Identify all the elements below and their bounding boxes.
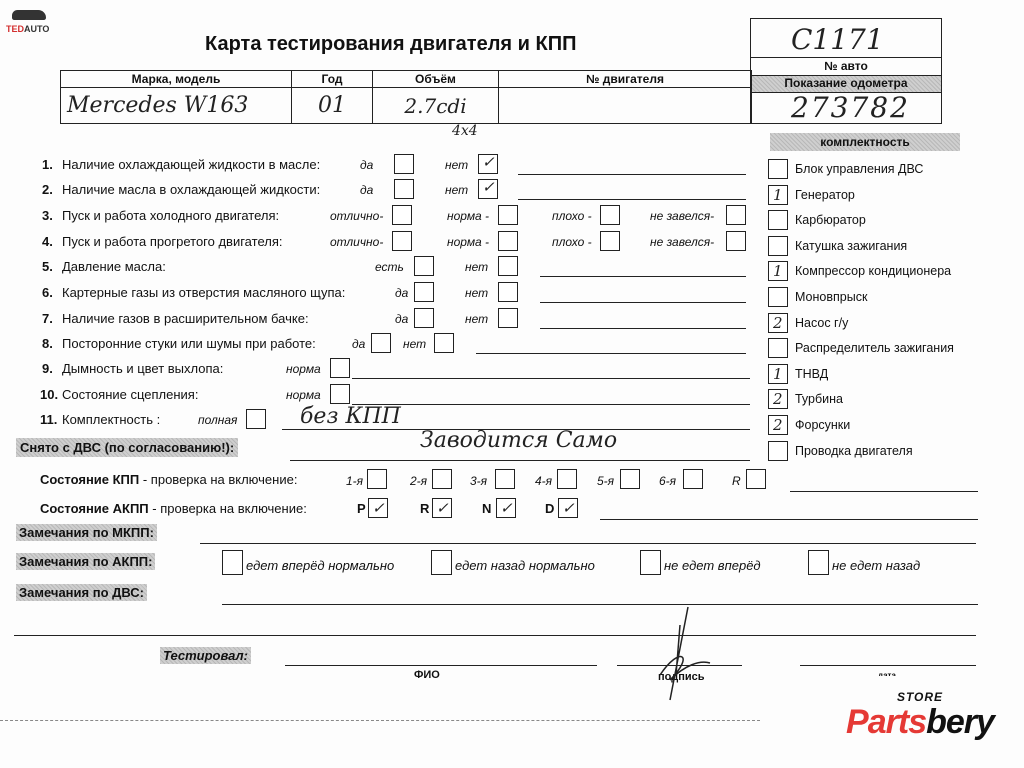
auto-number-label: № авто xyxy=(751,57,941,73)
checkbox[interactable] xyxy=(434,333,454,353)
completeness-checkbox[interactable] xyxy=(768,236,788,256)
notes-line[interactable] xyxy=(518,199,746,200)
check-mark: 2 xyxy=(773,392,783,406)
gear-checkbox[interactable] xyxy=(495,469,515,489)
checkbox[interactable] xyxy=(392,231,412,251)
check-mark: ✓ xyxy=(482,155,495,169)
question-text: Давление масла: xyxy=(62,259,166,274)
question-text: Наличие охлаждающей жидкости в масле: xyxy=(62,157,320,172)
option-label: да xyxy=(395,312,408,326)
option-label: да xyxy=(360,158,373,172)
question-text: Картерные газы из отверстия масляного щу… xyxy=(62,285,345,300)
question-number: 10. xyxy=(40,387,58,402)
option-label: отлично- xyxy=(330,209,383,223)
gear-label: 1-я xyxy=(346,474,363,488)
completeness-item: Турбина xyxy=(795,392,843,406)
removed-line xyxy=(290,460,750,461)
checkbox[interactable] xyxy=(498,231,518,251)
notes-line[interactable] xyxy=(540,328,746,329)
completeness-item: Компрессор кондиционера xyxy=(795,264,951,278)
manual-gearbox-label: Состояние КПП - проверка на включение: xyxy=(40,472,297,487)
logo-parts: Parts xyxy=(846,703,926,741)
logo-auto: AUTO xyxy=(24,24,49,34)
logo-bery: bery xyxy=(926,703,994,741)
completeness-item: Моновпрыск xyxy=(795,290,867,304)
remarks-akpp-label: Замечания по АКПП: xyxy=(16,553,155,570)
akpp-position-label: D xyxy=(545,501,554,516)
fio-line[interactable] xyxy=(285,665,597,666)
check-mark: ✓ xyxy=(500,501,513,515)
question-number: 2. xyxy=(42,182,53,197)
question-text: Пуск и работа прогретого двигателя: xyxy=(62,234,282,249)
completeness-item: Проводка двигателя xyxy=(795,444,913,458)
notes-line[interactable] xyxy=(476,353,746,354)
date-line[interactable] xyxy=(800,665,976,666)
removed-handwritten[interactable]: Заводится Само xyxy=(420,428,617,453)
auto-gearbox-desc: - проверка на включение: xyxy=(149,501,307,516)
remarks-dvs-label: Замечания по ДВС: xyxy=(16,584,147,601)
removed-label: Снято с ДВС (по согласованию!): xyxy=(16,438,238,457)
checkbox[interactable] xyxy=(246,409,266,429)
checkbox[interactable] xyxy=(330,358,350,378)
auto-gearbox-label: Состояние АКПП - проверка на включение: xyxy=(40,501,307,516)
completeness-item: Блок управления ДВС xyxy=(795,162,923,176)
checkbox[interactable] xyxy=(330,384,350,404)
option-label: норма xyxy=(286,388,321,402)
option-label: плохо - xyxy=(552,209,592,223)
akpp-remark-checkbox[interactable] xyxy=(808,550,829,575)
partsbery-logo: STORE Partsbery xyxy=(830,690,1010,740)
akpp-remark-label: едет назад нормально xyxy=(455,558,595,573)
value-make-model[interactable]: Mercedes W163 xyxy=(61,88,292,124)
notes-line[interactable] xyxy=(540,302,746,303)
question-number: 3. xyxy=(42,208,53,223)
check-mark: ✓ xyxy=(436,501,449,515)
notes-line[interactable] xyxy=(540,276,746,277)
signature-scribble xyxy=(640,605,720,705)
check-mark: 1 xyxy=(773,188,783,202)
question-text: Посторонние стуки или шумы при работе: xyxy=(62,336,316,351)
scan-divider xyxy=(0,720,760,721)
checkbox[interactable] xyxy=(600,205,620,225)
notes-line[interactable] xyxy=(518,174,746,175)
header-volume: Объём xyxy=(373,71,499,88)
akpp-remark-checkbox[interactable] xyxy=(640,550,661,575)
question-handwritten[interactable]: без КПП xyxy=(300,404,401,429)
option-label: норма - xyxy=(447,209,489,223)
checkbox[interactable] xyxy=(600,231,620,251)
checkbox[interactable] xyxy=(726,205,746,225)
checkbox[interactable] xyxy=(394,179,414,199)
page-title: Карта тестирования двигателя и КПП xyxy=(205,33,576,56)
tedauto-logo: TEDAUTO xyxy=(6,10,56,34)
check-mark: ✓ xyxy=(482,180,495,194)
option-label: полная xyxy=(198,413,237,427)
question-text: Дымность и цвет выхлопа: xyxy=(62,361,223,376)
check-mark: 2 xyxy=(773,418,783,432)
question-text: Комплектность : xyxy=(62,412,160,427)
notes-line[interactable] xyxy=(352,404,750,405)
completeness-item: Карбюратор xyxy=(795,213,866,227)
completeness-checkbox[interactable] xyxy=(768,287,788,307)
gear-label: 3-я xyxy=(470,474,487,488)
remarks-dvs-line-1[interactable] xyxy=(222,604,978,605)
completeness-item: ТНВД xyxy=(795,367,828,381)
remarks-dvs-line-2[interactable] xyxy=(14,635,976,636)
check-mark: 1 xyxy=(773,264,783,278)
akpp-remark-label: едет вперёд нормально xyxy=(246,558,394,573)
completeness-item: Насос г/у xyxy=(795,316,848,330)
remarks-mkpp-label: Замечания по МКПП: xyxy=(16,524,157,541)
header-year: Год xyxy=(292,71,373,88)
option-label: да xyxy=(352,337,365,351)
date-label: дата xyxy=(878,671,896,676)
akpp-position-label: P xyxy=(357,501,366,516)
checkbox[interactable] xyxy=(414,282,434,302)
completeness-item: Катушка зажигания xyxy=(795,239,907,253)
completeness-checkbox[interactable] xyxy=(768,338,788,358)
gear-checkbox[interactable] xyxy=(432,469,452,489)
akpp-remark-label: не едет вперёд xyxy=(664,558,761,573)
remarks-mkpp-line[interactable] xyxy=(200,543,976,544)
option-label: не завелся- xyxy=(650,209,714,223)
completeness-header: комплектность xyxy=(770,133,960,151)
tested-label: Тестировал: xyxy=(160,647,251,664)
option-label: нет xyxy=(465,312,488,326)
option-label: нет xyxy=(445,183,468,197)
checkbox[interactable] xyxy=(371,333,391,353)
drive-note: 4x4 xyxy=(452,123,478,139)
gear-label: 4-я xyxy=(535,474,552,488)
value-engine-no[interactable] xyxy=(499,88,752,124)
check-mark: 2 xyxy=(773,316,783,330)
check-mark: ✓ xyxy=(372,501,385,515)
checkbox[interactable] xyxy=(498,205,518,225)
question-number: 11. xyxy=(40,412,57,427)
logo-store: STORE xyxy=(830,690,1010,704)
akpp-position-label: R xyxy=(420,501,429,516)
question-text: Состояние сцепления: xyxy=(62,387,198,402)
question-number: 9. xyxy=(42,361,53,376)
manual-gearbox-line xyxy=(790,491,978,492)
gear-checkbox[interactable] xyxy=(367,469,387,489)
question-number: 5. xyxy=(42,259,53,274)
question-number: 7. xyxy=(42,311,53,326)
check-mark: ✓ xyxy=(562,501,575,515)
akpp-position-label: N xyxy=(482,501,491,516)
question-number: 6. xyxy=(42,285,53,300)
option-label: норма - xyxy=(447,235,489,249)
notes-line[interactable] xyxy=(352,378,750,379)
option-label: не завелся- xyxy=(650,235,714,249)
option-label: отлично- xyxy=(330,235,383,249)
completeness-item: Распределитель зажигания xyxy=(795,341,954,355)
gear-label: 6-я xyxy=(659,474,676,488)
manual-gearbox-desc: - проверка на включение: xyxy=(139,472,297,487)
option-label: нет xyxy=(465,286,488,300)
gear-label: 5-я xyxy=(597,474,614,488)
option-label: норма xyxy=(286,362,321,376)
vehicle-table: Марка, модель Год Объём № двигателя Merc… xyxy=(60,70,752,124)
option-label: есть xyxy=(375,260,404,274)
auto-gearbox-title: Состояние АКПП xyxy=(40,501,149,516)
option-label: нет xyxy=(445,158,468,172)
odometer-value: 273782 xyxy=(791,91,910,124)
header-engine-no: № двигателя xyxy=(499,71,752,88)
logo-ted: TED xyxy=(6,24,24,34)
header-make-model: Марка, модель xyxy=(61,71,292,88)
completeness-checkbox[interactable] xyxy=(768,159,788,179)
auto-box: C1171 № авто Показание одометра 273782 xyxy=(750,18,942,124)
completeness-item: Генератор xyxy=(795,188,855,202)
question-text: Пуск и работа холодного двигателя: xyxy=(62,208,279,223)
checkbox[interactable] xyxy=(394,154,414,174)
fio-label: ФИО xyxy=(414,669,440,681)
akpp-remark-checkbox[interactable] xyxy=(222,550,243,575)
auto-number-value: C1171 xyxy=(791,23,884,56)
completeness-checkbox[interactable] xyxy=(768,441,788,461)
option-label: нет xyxy=(465,260,488,274)
gear-checkbox[interactable] xyxy=(620,469,640,489)
check-mark: 1 xyxy=(773,367,783,381)
option-label: плохо - xyxy=(552,235,592,249)
checkbox[interactable] xyxy=(414,256,434,276)
gear-checkbox[interactable] xyxy=(557,469,577,489)
question-number: 1. xyxy=(42,157,53,172)
option-label: нет xyxy=(403,337,426,351)
value-year[interactable]: 01 xyxy=(292,88,373,124)
checkbox[interactable] xyxy=(498,282,518,302)
question-number: 8. xyxy=(42,336,53,351)
checkbox[interactable] xyxy=(392,205,412,225)
question-text: Наличие масла в охлаждающей жидкости: xyxy=(62,182,320,197)
checkbox[interactable] xyxy=(414,308,434,328)
value-volume[interactable]: 2.7cdi xyxy=(373,88,499,124)
option-label: да xyxy=(395,286,408,300)
car-icon xyxy=(12,10,46,20)
checkbox[interactable] xyxy=(498,308,518,328)
option-label: да xyxy=(360,183,373,197)
manual-gearbox-title: Состояние КПП xyxy=(40,472,139,487)
akpp-remark-label: не едет назад xyxy=(832,558,920,573)
checkbox[interactable] xyxy=(498,256,518,276)
notes-line[interactable] xyxy=(282,429,750,430)
gear-label: R xyxy=(732,474,741,488)
gear-checkbox[interactable] xyxy=(683,469,703,489)
checkbox[interactable] xyxy=(726,231,746,251)
question-text: Наличие газов в расширительном бачке: xyxy=(62,311,309,326)
gear-checkbox[interactable] xyxy=(746,469,766,489)
completeness-checkbox[interactable] xyxy=(768,210,788,230)
akpp-remark-checkbox[interactable] xyxy=(431,550,452,575)
gear-label: 2-я xyxy=(410,474,427,488)
question-number: 4. xyxy=(42,234,53,249)
auto-gearbox-line xyxy=(600,519,978,520)
completeness-item: Форсунки xyxy=(795,418,850,432)
